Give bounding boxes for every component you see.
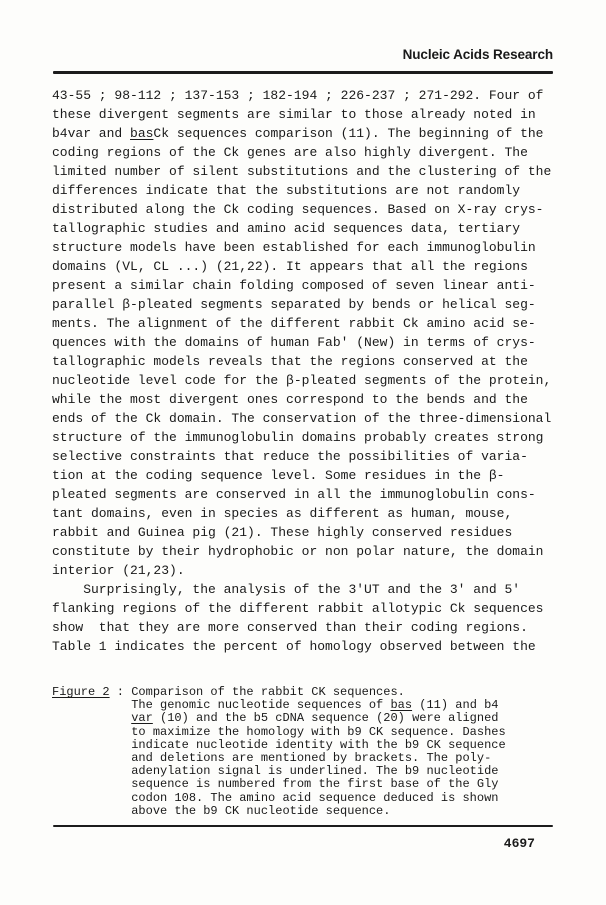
text-segment: nucleotide level code for the β-pleated … bbox=[52, 373, 551, 388]
text-line: rabbit and Guinea pig (21). These highly… bbox=[52, 523, 551, 542]
text-segment: constitute by their hydrophobic or non p… bbox=[52, 544, 543, 559]
header-rule bbox=[53, 71, 553, 74]
text-segment: 43-55 ; 98-112 ; 137-153 ; 182-194 ; 226… bbox=[52, 88, 543, 103]
text-line: while the most divergent ones correspond… bbox=[52, 390, 551, 409]
text-segment: structure of the immunoglobulin domains … bbox=[52, 430, 543, 445]
text-line: selective constraints that reduce the po… bbox=[52, 447, 551, 466]
text-segment: ends of the Ck domain. The conservation … bbox=[52, 411, 551, 426]
text-segment: interior (21,23). bbox=[52, 563, 185, 578]
text-segment: sequence is numbered from the first base… bbox=[52, 777, 498, 791]
text-segment: flanking regions of the different rabbit… bbox=[52, 601, 543, 616]
text-line: constitute by their hydrophobic or non p… bbox=[52, 542, 551, 561]
journal-title: Nucleic Acids Research bbox=[53, 47, 553, 62]
text-segment: to maximize the homology with b9 CK sequ… bbox=[52, 725, 506, 739]
text-line: distributed along the Ck coding sequence… bbox=[52, 200, 551, 219]
text-line: present a similar chain folding composed… bbox=[52, 276, 551, 295]
text-line: above the b9 CK nucleotide sequence. bbox=[52, 805, 506, 818]
text-line: domains (VL, CL ...) (21,22). It appears… bbox=[52, 257, 551, 276]
text-segment: rabbit and Guinea pig (21). These highly… bbox=[52, 525, 512, 540]
overlined-text: 0) bbox=[390, 711, 404, 725]
text-segment: Surprisingly, the analysis of the 3'UT a… bbox=[52, 582, 520, 597]
text-segment: while the most divergent ones correspond… bbox=[52, 392, 528, 407]
text-segment: : Comparison of the rabbit CK sequences. bbox=[110, 685, 405, 699]
text-line: coding regions of the Ck genes are also … bbox=[52, 143, 551, 162]
text-segment bbox=[52, 711, 131, 725]
text-segment: adenylation signal is underlined. The b9… bbox=[52, 764, 498, 778]
journal-page: Nucleic Acids Research 43-55 ; 98-112 ; … bbox=[0, 0, 606, 905]
text-segment: Table 1 indicates the percent of homolog… bbox=[52, 639, 536, 654]
text-line: tallographic studies and amino acid sequ… bbox=[52, 219, 551, 238]
text-line: pleated segments are conserved in all th… bbox=[52, 485, 551, 504]
text-segment: tion at the coding sequence level. Some … bbox=[52, 468, 504, 483]
text-line: parallel β-pleated segments separated by… bbox=[52, 295, 551, 314]
text-segment: (10) and the b5 cDNA sequence (2 bbox=[153, 711, 391, 725]
underlined-text: bas bbox=[130, 126, 153, 141]
underlined-text: Figure 2 bbox=[52, 685, 110, 699]
article-body-text: 43-55 ; 98-112 ; 137-153 ; 182-194 ; 226… bbox=[52, 86, 551, 656]
text-segment: distributed along the Ck coding sequence… bbox=[52, 202, 543, 217]
text-segment: these divergent segments are similar to … bbox=[52, 107, 536, 122]
text-line: nucleotide level code for the β-pleated … bbox=[52, 371, 551, 390]
page-number: 4697 bbox=[53, 836, 535, 851]
text-line: Table 1 indicates the percent of homolog… bbox=[52, 637, 551, 656]
text-line: ends of the Ck domain. The conservation … bbox=[52, 409, 551, 428]
text-line: limited number of silent substitutions a… bbox=[52, 162, 551, 181]
text-line: tant domains, even in species as differe… bbox=[52, 504, 551, 523]
text-segment: codon 108. The amino acid sequence deduc… bbox=[52, 791, 498, 805]
text-segment: show that they are more conserved than t… bbox=[52, 620, 528, 635]
text-segment: tant domains, even in species as differe… bbox=[52, 506, 512, 521]
text-line: tion at the coding sequence level. Some … bbox=[52, 466, 551, 485]
text-line: differences indicate that the substituti… bbox=[52, 181, 551, 200]
text-segment: tallographic studies and amino acid sequ… bbox=[52, 221, 520, 236]
text-segment: Ck sequences comparison (11). The beginn… bbox=[153, 126, 543, 141]
text-segment: indicate nucleotide identity with the b9… bbox=[52, 738, 506, 752]
text-line: these divergent segments are similar to … bbox=[52, 105, 551, 124]
text-line: quences with the domains of human Fab' (… bbox=[52, 333, 551, 352]
text-segment: coding regions of the Ck genes are also … bbox=[52, 145, 528, 160]
text-segment: pleated segments are conserved in all th… bbox=[52, 487, 536, 502]
text-line: flanking regions of the different rabbit… bbox=[52, 599, 551, 618]
text-segment: were aligned bbox=[405, 711, 499, 725]
text-segment: quences with the domains of human Fab' (… bbox=[52, 335, 536, 350]
text-line: b4var and basCk sequences comparison (11… bbox=[52, 124, 551, 143]
text-segment: and deletions are mentioned by brackets.… bbox=[52, 751, 491, 765]
text-line: show that they are more conserved than t… bbox=[52, 618, 551, 637]
text-segment: structure models have been established f… bbox=[52, 240, 536, 255]
text-segment: parallel β-pleated segments separated by… bbox=[52, 297, 536, 312]
figure-caption: Figure 2 : Comparison of the rabbit CK s… bbox=[52, 686, 506, 818]
text-segment: selective constraints that reduce the po… bbox=[52, 449, 528, 464]
text-segment: differences indicate that the substituti… bbox=[52, 183, 520, 198]
text-line: tallographic models reveals that the reg… bbox=[52, 352, 551, 371]
text-segment: above the b9 CK nucleotide sequence. bbox=[52, 804, 390, 818]
text-line: ments. The alignment of the different ra… bbox=[52, 314, 551, 333]
text-line: 43-55 ; 98-112 ; 137-153 ; 182-194 ; 226… bbox=[52, 86, 551, 105]
text-segment: domains (VL, CL ...) (21,22). It appears… bbox=[52, 259, 528, 274]
text-line: structure of the immunoglobulin domains … bbox=[52, 428, 551, 447]
text-segment: present a similar chain folding composed… bbox=[52, 278, 536, 293]
underlined-text: var bbox=[131, 711, 153, 725]
text-segment: b4var and bbox=[52, 126, 130, 141]
text-segment: ments. The alignment of the different ra… bbox=[52, 316, 536, 331]
text-line: structure models have been established f… bbox=[52, 238, 551, 257]
text-line: interior (21,23). bbox=[52, 561, 551, 580]
footer-rule bbox=[53, 825, 553, 827]
text-segment: limited number of silent substitutions a… bbox=[52, 164, 551, 179]
text-line: Surprisingly, the analysis of the 3'UT a… bbox=[52, 580, 551, 599]
text-segment: tallographic models reveals that the reg… bbox=[52, 354, 528, 369]
